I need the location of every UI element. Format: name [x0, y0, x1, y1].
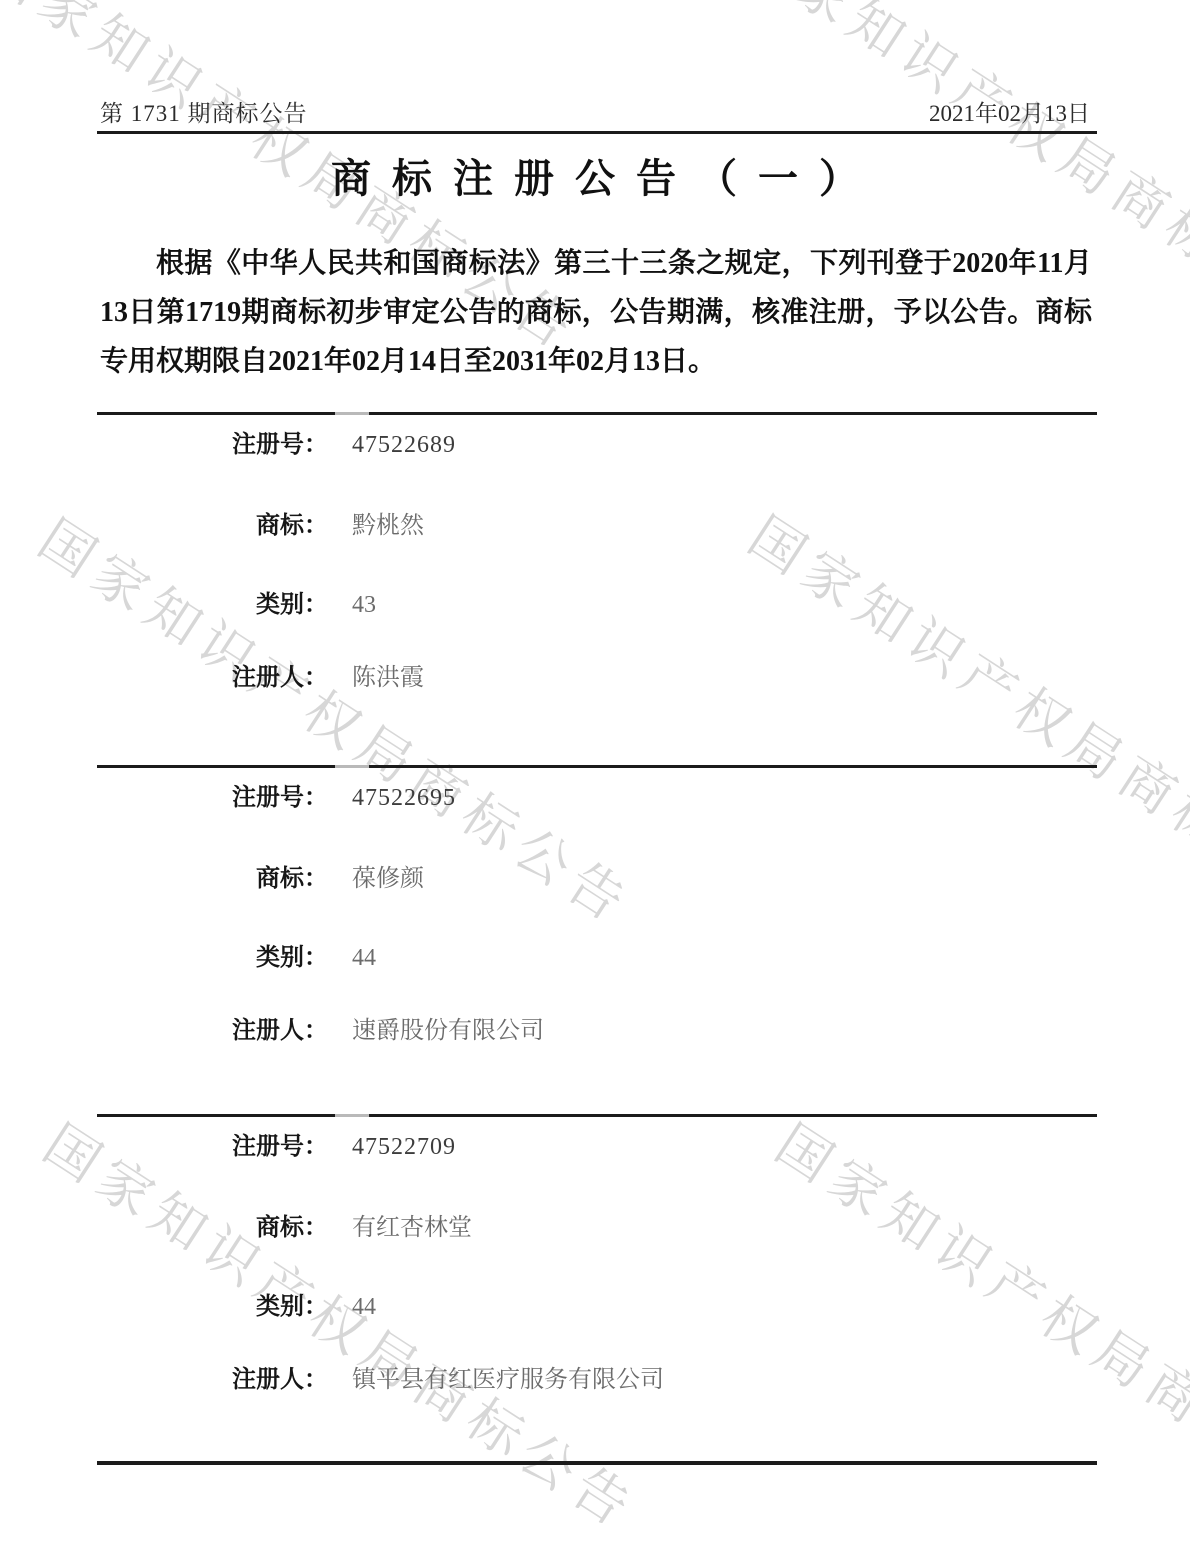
field-row: 注册号： 47522689 [0, 429, 1190, 461]
reg-no-label: 注册号： [100, 1131, 328, 1163]
header-rule [97, 131, 1097, 134]
registrant-label: 注册人： [100, 1364, 328, 1396]
field-row: 类别： 44 [0, 1291, 1190, 1323]
trademark-entry: 注册号： 47522689 商标： 黔桃然 类别： 43 注册人： 陈洪霞 [0, 413, 1190, 762]
field-row: 类别： 43 [0, 589, 1190, 621]
field-row: 注册人： 陈洪霞 [0, 662, 1190, 694]
field-row: 注册号： 47522709 [0, 1131, 1190, 1163]
trademark-value: 有红杏林堂 [352, 1212, 1090, 1244]
trademark-label: 商标： [100, 863, 328, 895]
field-row: 注册人： 速爵股份有限公司 [0, 1015, 1190, 1047]
trademark-entry: 注册号： 47522709 商标： 有红杏林堂 类别： 44 注册人： 镇平县有… [0, 1115, 1190, 1464]
issue-date: 2021年02月13日 [929, 95, 1090, 128]
intro-paragraph: 根据《中华人民共和国商标法》第三十三条之规定，下列刊登于2020年11月13日第… [100, 239, 1092, 386]
issue-label: 第 1731 期商标公告 [100, 95, 308, 128]
category-label: 类别： [100, 942, 328, 974]
gazette-page: 国家知识产权局商标公告 国家知识产权局商标公告 国家知识产权局商标公告 国家知识… [0, 0, 1190, 1564]
trademark-label: 商标： [100, 1212, 328, 1244]
field-row: 商标： 黔桃然 [0, 510, 1190, 542]
registrant-label: 注册人： [100, 1015, 328, 1047]
category-label: 类别： [100, 1291, 328, 1323]
final-rule [97, 1461, 1097, 1465]
field-row: 商标： 有红杏林堂 [0, 1212, 1190, 1244]
category-label: 类别： [100, 589, 328, 621]
reg-no-value: 47522689 [352, 429, 1090, 461]
reg-no-label: 注册号： [100, 782, 328, 814]
trademark-entry: 注册号： 47522695 商标： 葆修颜 类别： 44 注册人： 速爵股份有限… [0, 766, 1190, 1115]
trademark-label: 商标： [100, 510, 328, 542]
reg-no-label: 注册号： [100, 429, 328, 461]
field-row: 注册人： 镇平县有红医疗服务有限公司 [0, 1364, 1190, 1396]
category-value: 43 [352, 589, 1090, 621]
registrant-value: 陈洪霞 [352, 662, 1090, 694]
category-value: 44 [352, 942, 1090, 974]
field-row: 注册号： 47522695 [0, 782, 1190, 814]
trademark-value: 黔桃然 [352, 510, 1090, 542]
registrant-value: 速爵股份有限公司 [352, 1015, 1090, 1047]
reg-no-value: 47522695 [352, 782, 1090, 814]
reg-no-value: 47522709 [352, 1131, 1090, 1163]
page-title: 商标注册公告（一） [0, 147, 1190, 204]
field-row: 商标： 葆修颜 [0, 863, 1190, 895]
category-value: 44 [352, 1291, 1090, 1323]
page-content: 第 1731 期商标公告 2021年02月13日 商标注册公告（一） 根据《中华… [0, 0, 1190, 1564]
registrant-label: 注册人： [100, 662, 328, 694]
field-row: 类别： 44 [0, 942, 1190, 974]
trademark-value: 葆修颜 [352, 863, 1090, 895]
registrant-value: 镇平县有红医疗服务有限公司 [352, 1364, 1090, 1396]
